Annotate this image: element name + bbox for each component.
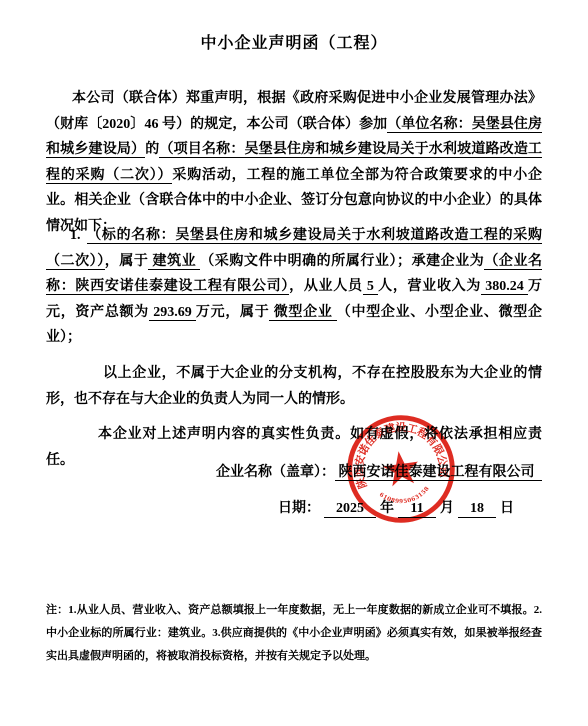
document-title: 中小企业声明函（工程） xyxy=(0,30,588,53)
date-month-unit: 月 xyxy=(440,501,454,516)
footnote-num-1: 1. xyxy=(68,604,76,616)
item-1-text-4: 人，营业收入为 xyxy=(378,279,481,294)
footnote-num-3: 3. xyxy=(212,627,220,639)
footnote-num-2: 2. xyxy=(534,604,542,616)
footnote: 注：1.从业人员、营业收入、资产总额填报上一年度数据，无上一年度数据的新成立企业… xyxy=(46,599,542,668)
item-1-text-1: ，属于 xyxy=(105,254,149,269)
no-large-enterprise-paragraph: 以上企业，不属于大企业的分支机构，不存在控股股东为大企业的情形，也不存在与大企业… xyxy=(46,361,542,412)
date-year-unit: 年 xyxy=(380,501,394,516)
footnote-text-1: 从业人员、营业收入、资产总额填报上一年度数据，无上一年度数据的新成立企业可不填报… xyxy=(77,604,534,616)
enterprise-type-underlined: 微型企业 xyxy=(269,305,336,321)
date-line: 日期：2025年11月18日 xyxy=(278,497,514,518)
date-year: 2025 xyxy=(324,501,376,518)
employees-count-underlined: 5 xyxy=(363,279,378,295)
date-day: 18 xyxy=(458,501,496,518)
signature-line: 企业名称（盖章）： 陕西安诺佳泰建设工程有限公司 xyxy=(216,461,542,481)
date-month: 11 xyxy=(398,501,436,518)
document-page: 中小企业声明函（工程） 本公司（联合体）郑重声明，根据《政府采购促进中小企业发展… xyxy=(0,0,588,726)
intro-text-2: 的 xyxy=(145,142,159,157)
item-1-text-2: （采购文件中明确的所属行业）；承建企业为 xyxy=(200,254,484,269)
footnote-text-2: 中小企业标的所属行业：建筑业。 xyxy=(46,627,212,639)
item-1-paragraph: 1.（标的名称：吴堡县住房和城乡建设局关于水利坡道路改造工程的采购（二次）），属… xyxy=(46,223,542,351)
date-day-unit: 日 xyxy=(500,501,514,516)
company-seal-label: 企业名称（盖章）： xyxy=(216,465,335,480)
item-1-number: 1. xyxy=(70,228,87,243)
date-label: 日期： xyxy=(278,501,320,516)
assets-underlined: 293.69 xyxy=(149,305,196,321)
industry-underlined: 建筑业 xyxy=(148,254,200,270)
revenue-underlined: 380.24 xyxy=(481,279,528,295)
item-1-text-6: 万元，属于 xyxy=(196,305,270,320)
footnote-label: 注： xyxy=(46,604,68,616)
item-1-text-3: ，从业人员 xyxy=(289,279,363,294)
intro-paragraph: 本公司（联合体）郑重声明，根据《政府采购促进中小企业发展管理办法》（财库〔202… xyxy=(46,86,542,240)
signature-company-name: 陕西安诺佳泰建设工程有限公司 xyxy=(335,465,542,481)
